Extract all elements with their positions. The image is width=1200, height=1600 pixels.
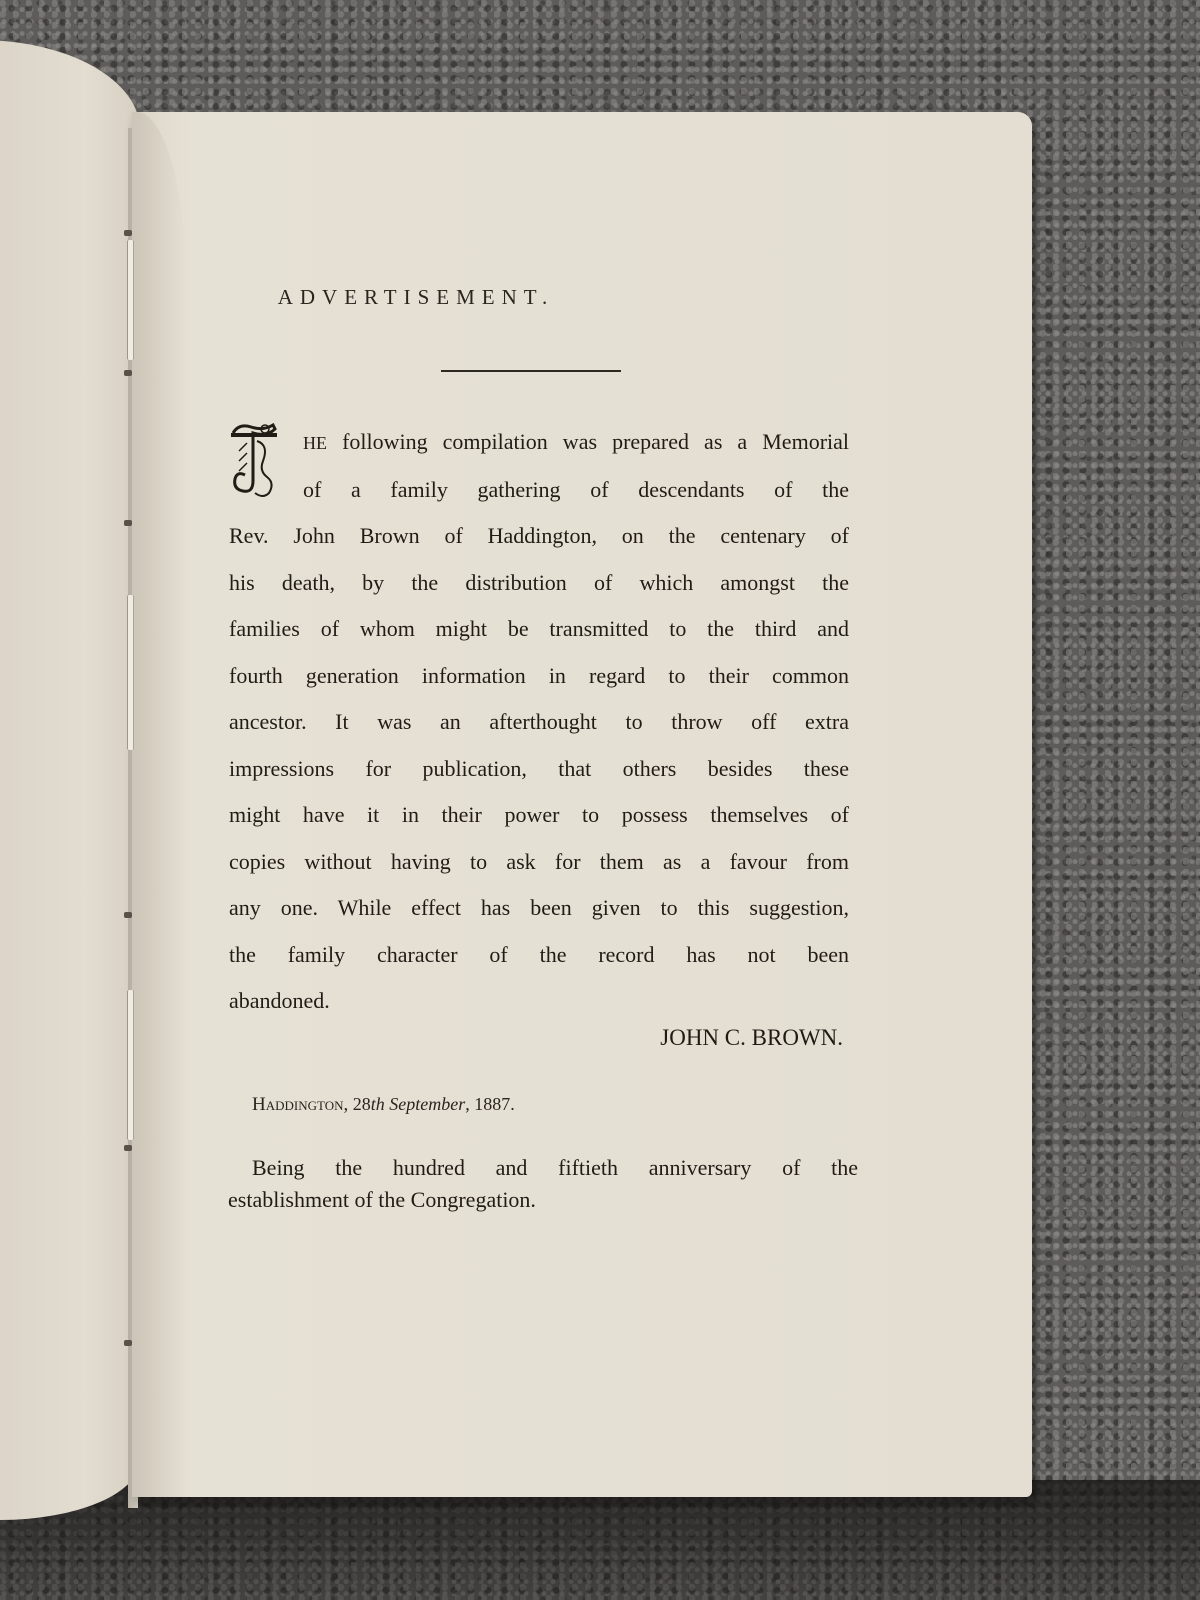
dateline-place: Haddington,: [252, 1094, 348, 1115]
body-line-1: HE following compilation was prepared as…: [229, 419, 849, 467]
stitch-knot: [124, 370, 132, 376]
dateline-month: th September: [371, 1094, 465, 1114]
stitch-knot: [124, 912, 132, 918]
body-line-2: of a family gathering of descendants of …: [303, 467, 849, 514]
anniversary-note: Being the hundred and fiftieth anniversa…: [228, 1152, 858, 1216]
dateline-day: 28: [348, 1094, 371, 1114]
heading-rule-divider: [441, 370, 621, 372]
body-line-6: fourth generation information in regard …: [229, 653, 849, 700]
body-line-8: impressions for publication, that others…: [229, 746, 849, 793]
body-line-3: Rev. John Brown of Haddington, on the ce…: [229, 513, 849, 560]
left-page-blank: [0, 40, 140, 1520]
page-curl-shading: [132, 112, 187, 1497]
body-line-1-text: following compilation was prepared as a …: [342, 429, 849, 454]
body-line-13: abandoned.: [229, 978, 849, 1025]
body-line-10: copies without having to ask for them as…: [229, 839, 849, 886]
author-signature: JOHN C. BROWN.: [560, 1025, 843, 1051]
body-line-11: any one. While effect has been given to …: [229, 885, 849, 932]
note-line-1: Being the hundred and fiftieth anniversa…: [228, 1152, 858, 1184]
stitch-knot: [124, 1340, 132, 1346]
dateline-year: , 1887.: [465, 1094, 515, 1114]
stitch-knot: [124, 520, 132, 526]
body-line-12: the family character of the record has n…: [229, 932, 849, 979]
dateline: Haddington, 28th September, 1887.: [252, 1094, 515, 1116]
body-line-9: might have it in their power to possess …: [229, 792, 849, 839]
binding-stitch: [127, 990, 134, 1140]
stitch-knot: [124, 230, 132, 236]
body-paragraph: HE following compilation was prepared as…: [229, 419, 849, 1025]
body-line-7: ancestor. It was an afterthought to thro…: [229, 699, 849, 746]
carpet-background-shadow: [0, 1480, 1200, 1600]
binding-stitch: [127, 240, 134, 360]
dropcap-continuation: HE: [303, 433, 327, 453]
page-heading: ADVERTISEMENT.: [226, 285, 606, 310]
stitch-knot: [124, 1145, 132, 1151]
binding-stitch: [127, 595, 134, 750]
ornamental-dropcap-t-icon: [229, 421, 303, 505]
body-line-5: families of whom might be transmitted to…: [229, 606, 849, 653]
body-line-4: his death, by the distribution of which …: [229, 560, 849, 607]
note-line-2: establishment of the Congregation.: [228, 1184, 858, 1216]
